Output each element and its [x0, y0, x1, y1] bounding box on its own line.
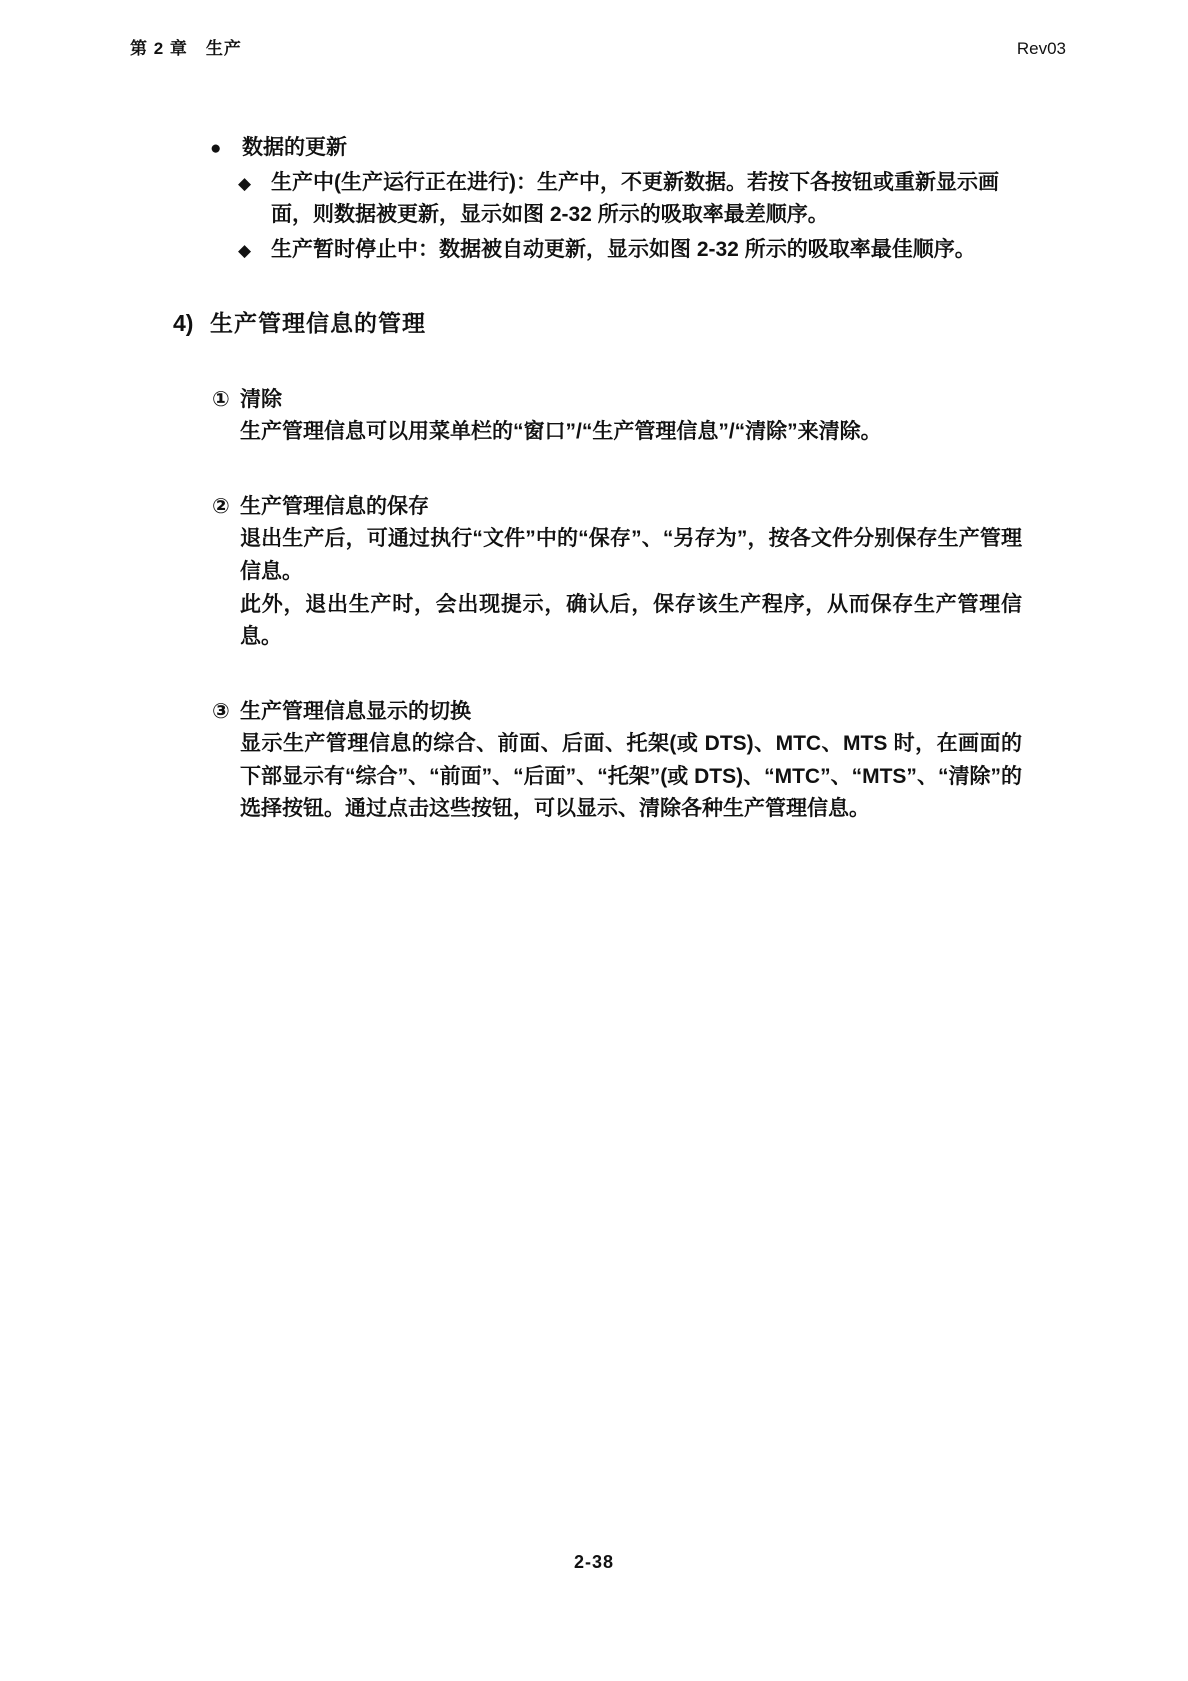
subsection-clear: ① 清除 生产管理信息可以用菜单栏的“窗口”/“生产管理信息”/“清除”来清除。	[212, 384, 1022, 449]
subsection-title: 清除	[240, 384, 282, 417]
subsection-body: 退出生产后，可通过执行“文件”中的“保存”、“另存为”，按各文件分别保存生产管理…	[240, 523, 1022, 653]
page-header: 第 2 章 生产 Rev03	[130, 34, 1066, 59]
data-update-title: 数据的更新	[242, 132, 347, 165]
circled-number-icon: ③	[212, 696, 240, 729]
paragraph: 生产管理信息可以用菜单栏的“窗口”/“生产管理信息”/“清除”来清除。	[240, 416, 1022, 449]
subsection-title-row: ② 生产管理信息的保存	[212, 491, 1022, 524]
document-content: ● 数据的更新 ◆ 生产中(生产运行正在进行)：生产中，不更新数据。若按下各按钮…	[210, 132, 1022, 826]
list-item: ◆ 生产暂时停止中：数据被自动更新，显示如图 2-32 所示的吸取率最佳顺序。	[238, 234, 1022, 267]
data-update-title-row: ● 数据的更新	[210, 132, 1022, 165]
subsection-body: 生产管理信息可以用菜单栏的“窗口”/“生产管理信息”/“清除”来清除。	[240, 416, 1022, 449]
subsection-title: 生产管理信息显示的切换	[240, 696, 471, 729]
subsection-display-switch: ③ 生产管理信息显示的切换 显示生产管理信息的综合、前面、后面、托架(或 DTS…	[212, 696, 1022, 826]
section-heading: 4) 生产管理信息的管理	[173, 306, 1022, 342]
diamond-icon: ◆	[238, 171, 271, 197]
subsection-title: 生产管理信息的保存	[240, 491, 429, 524]
paragraph: 显示生产管理信息的综合、前面、后面、托架(或 DTS)、MTC、MTS 时，在画…	[240, 728, 1022, 826]
bullet-icon: ●	[210, 134, 242, 163]
data-update-section: ● 数据的更新 ◆ 生产中(生产运行正在进行)：生产中，不更新数据。若按下各按钮…	[210, 132, 1022, 266]
revision-label: Rev03	[1017, 39, 1066, 59]
page-number: 2-38	[574, 1552, 614, 1572]
diamond-icon: ◆	[238, 238, 271, 264]
circled-number-icon: ②	[212, 491, 240, 524]
subsection-title-row: ③ 生产管理信息显示的切换	[212, 696, 1022, 729]
paragraph: 此外，退出生产时，会出现提示，确认后，保存该生产程序，从而保存生产管理信息。	[240, 589, 1022, 654]
paragraph: 退出生产后，可通过执行“文件”中的“保存”、“另存为”，按各文件分别保存生产管理…	[240, 523, 1022, 588]
circled-number-icon: ①	[212, 384, 240, 417]
section-title: 生产管理信息的管理	[210, 306, 426, 342]
management-section: 4) 生产管理信息的管理 ① 清除 生产管理信息可以用菜单栏的“窗口”/“生产管…	[210, 306, 1022, 826]
document-page: 第 2 章 生产 Rev03 ● 数据的更新 ◆ 生产中(生产运行正在进行)：生…	[0, 0, 1188, 1681]
section-number: 4)	[173, 306, 210, 342]
page-footer: 2-38	[0, 1552, 1188, 1573]
list-item-text: 生产中(生产运行正在进行)：生产中，不更新数据。若按下各按钮或重新显示画面，则数…	[271, 167, 1022, 232]
chapter-label: 第 2 章 生产	[130, 34, 242, 59]
subsection-title-row: ① 清除	[212, 384, 1022, 417]
subsection-save: ② 生产管理信息的保存 退出生产后，可通过执行“文件”中的“保存”、“另存为”，…	[212, 491, 1022, 654]
list-item: ◆ 生产中(生产运行正在进行)：生产中，不更新数据。若按下各按钮或重新显示画面，…	[238, 167, 1022, 232]
subsection-body: 显示生产管理信息的综合、前面、后面、托架(或 DTS)、MTC、MTS 时，在画…	[240, 728, 1022, 826]
list-item-text: 生产暂时停止中：数据被自动更新，显示如图 2-32 所示的吸取率最佳顺序。	[271, 234, 1022, 267]
